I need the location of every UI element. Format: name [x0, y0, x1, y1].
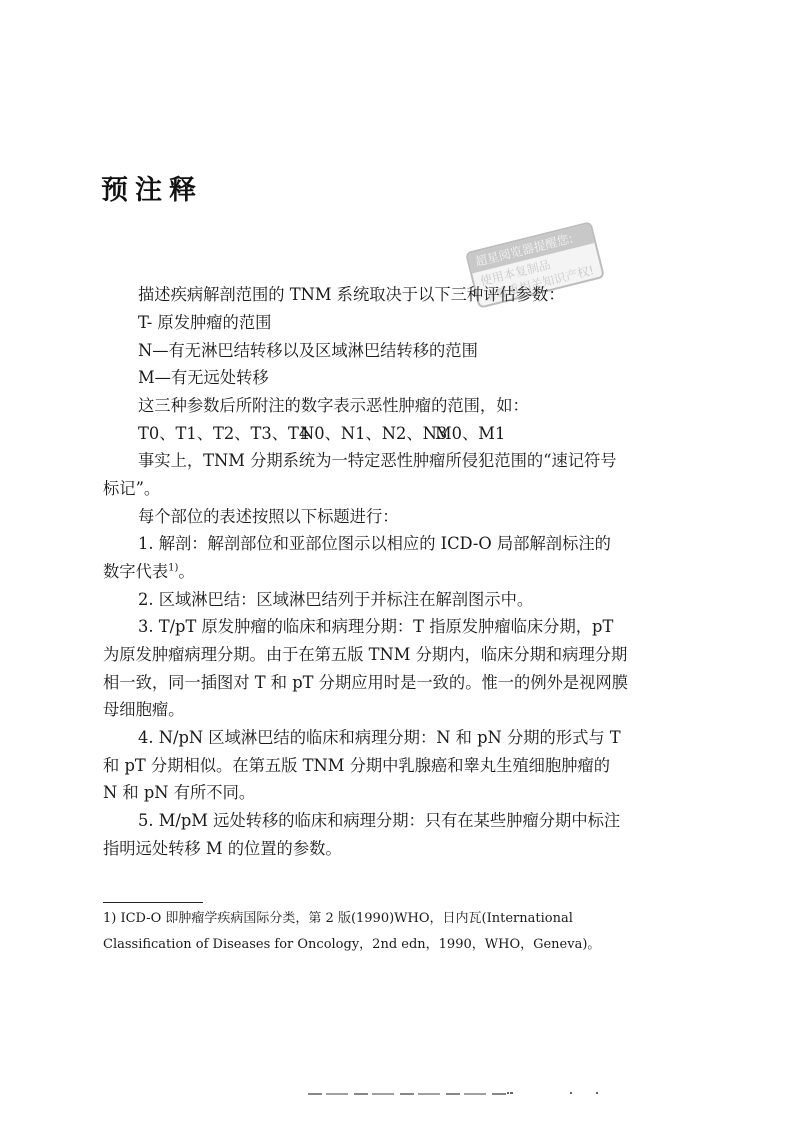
page-title: 预注释 [101, 168, 203, 207]
item-1-text: 数字代表 [103, 562, 168, 581]
document-page: 预注释 超星阅览器提醒您: 使用本复制品 请尊重相关知识产权! 描述疾病解剖范围… [0, 0, 793, 1122]
item-4-npn-cont-2: N 和 pN 有所不同。 [103, 783, 705, 803]
item-3-tpt-cont-1: 为原发肿瘤病理分期。由于在第五版 TNM 分期内，临床分期和病理分期 [103, 645, 705, 665]
footnote-divider [103, 902, 203, 903]
list-item-t: T- 原发肿瘤的范围 [138, 313, 705, 333]
item-1-anatomy-cont: 数字代表1)。 [103, 562, 705, 582]
footnote-line-1: 1) ICD-O 即肿瘤学疾病国际分类，第 2 版(1990)WHO，日内瓦(I… [103, 911, 648, 927]
scan-artifact-dot [507, 1092, 509, 1094]
tnm-codes-row: T0、T1、T2、T3、T4N0、N1、N2、N3M0、M1 [138, 424, 705, 444]
list-item-n: N—有无淋巴结转移以及区域淋巴结转移的范围 [138, 341, 705, 361]
t-codes: T0、T1、T2、T3、T4 [138, 424, 300, 444]
item-4-npn-cont-1: 和 pT 分期相似。在第五版 TNM 分期中乳腺癌和睾丸生殖细胞肿瘤的 [103, 756, 705, 776]
item-3-tpt-cont-3: 母细胞瘤。 [103, 700, 705, 720]
n-codes: N0、N1、N2、N3 [300, 424, 435, 444]
item-3-tpt: 3. T/pT 原发肿瘤的临床和病理分期：T 指原发肿瘤临床分期，pT [138, 617, 705, 637]
item-1-period: 。 [178, 562, 194, 581]
item-3-tpt-cont-2: 相一致，同一插图对 T 和 pT 分期应用时是一致的。惟一的例外是视网膜 [103, 673, 705, 693]
scan-artifact-line [308, 1093, 508, 1095]
footnote-marker: 1) [168, 563, 178, 574]
item-4-npn: 4. N/pN 区域淋巴结的临床和病理分期：N 和 pN 分期的形式与 T [138, 728, 705, 748]
scan-artifact-dot [570, 1092, 572, 1094]
paragraph-headings: 每个部位的表述按照以下标题进行： [138, 507, 705, 527]
item-5-mpm: 5. M/pM 远处转移的临床和病理分期：只有在某些肿瘤分期中标注 [138, 811, 705, 831]
footnote-line-2: Classification of Diseases for Oncology，… [103, 937, 648, 953]
paragraph-numbers: 这三种参数后所附注的数字表示恶性肿瘤的范围，如： [138, 396, 705, 416]
m-codes: M0、M1 [435, 424, 505, 444]
scan-artifact-dot [596, 1092, 598, 1094]
item-1-anatomy: 1. 解剖：解剖部位和亚部位图示以相应的 ICD-O 局部解剖标注的 [138, 534, 705, 554]
scan-artifact-dot [510, 1092, 513, 1094]
list-item-m: M—有无远处转移 [138, 368, 705, 388]
item-5-mpm-cont: 指明远处转移 M 的位置的参数。 [103, 839, 705, 859]
paragraph-shorthand: 事实上，TNM 分期系统为一特定恶性肿瘤所侵犯范围的“速记符号 [138, 451, 705, 471]
paragraph-intro: 描述疾病解剖范围的 TNM 系统取决于以下三种评估参数： [138, 285, 705, 305]
item-2-lymph-nodes: 2. 区域淋巴结：区域淋巴结列于并标注在解剖图示中。 [138, 590, 705, 610]
paragraph-shorthand-cont: 标记”。 [103, 479, 705, 499]
